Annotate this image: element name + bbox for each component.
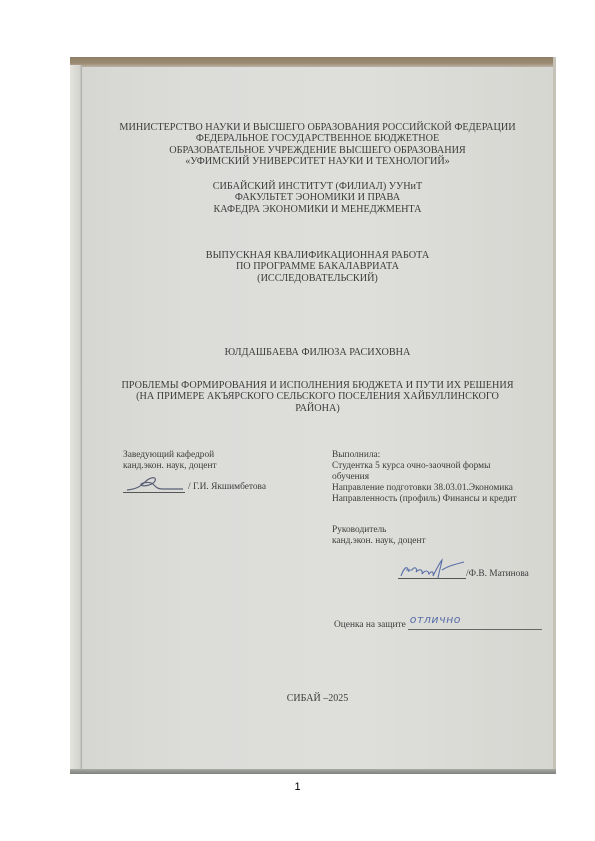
photo-left-edge [70, 65, 82, 774]
institute-line: КАФЕДРА ЭКОНОМИКИ И МЕНЕДЖМЕНТА [82, 204, 553, 215]
work-type-line: (ИССЛЕДОВАТЕЛЬСКИЙ) [82, 273, 553, 284]
supervisor-block: Руководитель канд.экон. наук, доцент [332, 525, 426, 547]
supervisor-name: /Ф.В. Матинова [466, 569, 529, 579]
photo-bottom-edge [70, 769, 556, 774]
performed-by-block: Выполнила: Студентка 5 курса очно-заочно… [332, 450, 532, 505]
photo-top-edge [70, 57, 556, 67]
supervisor-signature-line: /Ф.В. Матинова [398, 562, 529, 579]
supervisor-signature [398, 562, 466, 579]
performed-by-label: Выполнила: [332, 450, 532, 461]
head-degree: канд.экон. наук, доцент [123, 461, 266, 472]
thesis-title-line: РАЙОНА) [82, 403, 553, 414]
author-name: ЮЛДАШБАЕВА ФИЛЮЗА РАСИХОВНА [82, 347, 553, 358]
thesis-title-line: (НА ПРИМЕРЕ АКЪЯРСКОГО СЕЛЬСКОГО ПОСЕЛЕН… [82, 391, 553, 402]
signature-icon [398, 558, 466, 580]
work-type-line: ВЫПУСКНАЯ КВАЛИФИКАЦИОННАЯ РАБОТА [82, 250, 553, 261]
grade-value: отлично [410, 613, 461, 626]
head-of-department-block: Заведующий кафедрой канд.экон. наук, доц… [123, 450, 266, 493]
defense-grade: Оценка на защите отлично [334, 616, 542, 630]
header-line: МИНИСТЕРСТВО НАУКИ И ВЫСШЕГО ОБРАЗОВАНИЯ… [82, 122, 553, 133]
page-number: 1 [0, 781, 595, 793]
institute-line: ФАКУЛЬТЕТ ЭОНОМИКИ И ПРАВА [82, 192, 553, 203]
scanned-page-photo: МИНИСТЕРСТВО НАУКИ И ВЫСШЕГО ОБРАЗОВАНИЯ… [70, 57, 556, 774]
work-type-block: ВЫПУСКНАЯ КВАЛИФИКАЦИОННАЯ РАБОТА ПО ПРО… [82, 250, 553, 284]
title-page: МИНИСТЕРСТВО НАУКИ И ВЫСШЕГО ОБРАЗОВАНИЯ… [82, 67, 553, 769]
student-info-line: Направленность (профиль) Финансы и креди… [332, 494, 532, 505]
header-line: ФЕДЕРАЛЬНОЕ ГОСУДАРСТВЕННОЕ БЮДЖЕТНОЕ [82, 133, 553, 144]
head-role: Заведующий кафедрой [123, 450, 266, 461]
institute-block: СИБАЙСКИЙ ИНСТИТУТ (ФИЛИАЛ) УУНиТ ФАКУЛЬ… [82, 181, 553, 215]
work-type-line: ПО ПРОГРАММЕ БАКАЛАВРИАТА [82, 261, 553, 272]
grade-field: отлично [408, 616, 542, 630]
supervisor-role: Руководитель [332, 525, 426, 536]
ministry-header: МИНИСТЕРСТВО НАУКИ И ВЫСШЕГО ОБРАЗОВАНИЯ… [82, 122, 553, 168]
city-year: СИБАЙ –2025 [82, 693, 553, 704]
institute-line: СИБАЙСКИЙ ИНСТИТУТ (ФИЛИАЛ) УУНиТ [82, 181, 553, 192]
supervisor-degree: канд.экон. наук, доцент [332, 536, 426, 547]
signature-icon [123, 474, 185, 494]
thesis-title-line: ПРОБЛЕМЫ ФОРМИРОВАНИЯ И ИСПОЛНЕНИЯ БЮДЖЕ… [82, 380, 553, 391]
photo-right-edge [553, 57, 556, 774]
header-line: «УФИМСКИЙ УНИВЕРСИТЕТ НАУКИ И ТЕХНОЛОГИЙ… [82, 156, 553, 167]
thesis-title: ПРОБЛЕМЫ ФОРМИРОВАНИЯ И ИСПОЛНЕНИЯ БЮДЖЕ… [82, 380, 553, 414]
head-signature [123, 478, 185, 493]
student-info-line: Студентка 5 курса очно-заочной формы [332, 461, 532, 472]
head-name: / Г.И. Якшимбетова [188, 482, 266, 493]
header-line: ОБРАЗОВАТЕЛЬНОЕ УЧРЕЖДЕНИЕ ВЫСШЕГО ОБРАЗ… [82, 145, 553, 156]
student-info-line: Направление подготовки 38.03.01.Экономик… [332, 483, 532, 494]
student-info-line: обучения [332, 472, 532, 483]
grade-label: Оценка на защите [334, 620, 406, 630]
